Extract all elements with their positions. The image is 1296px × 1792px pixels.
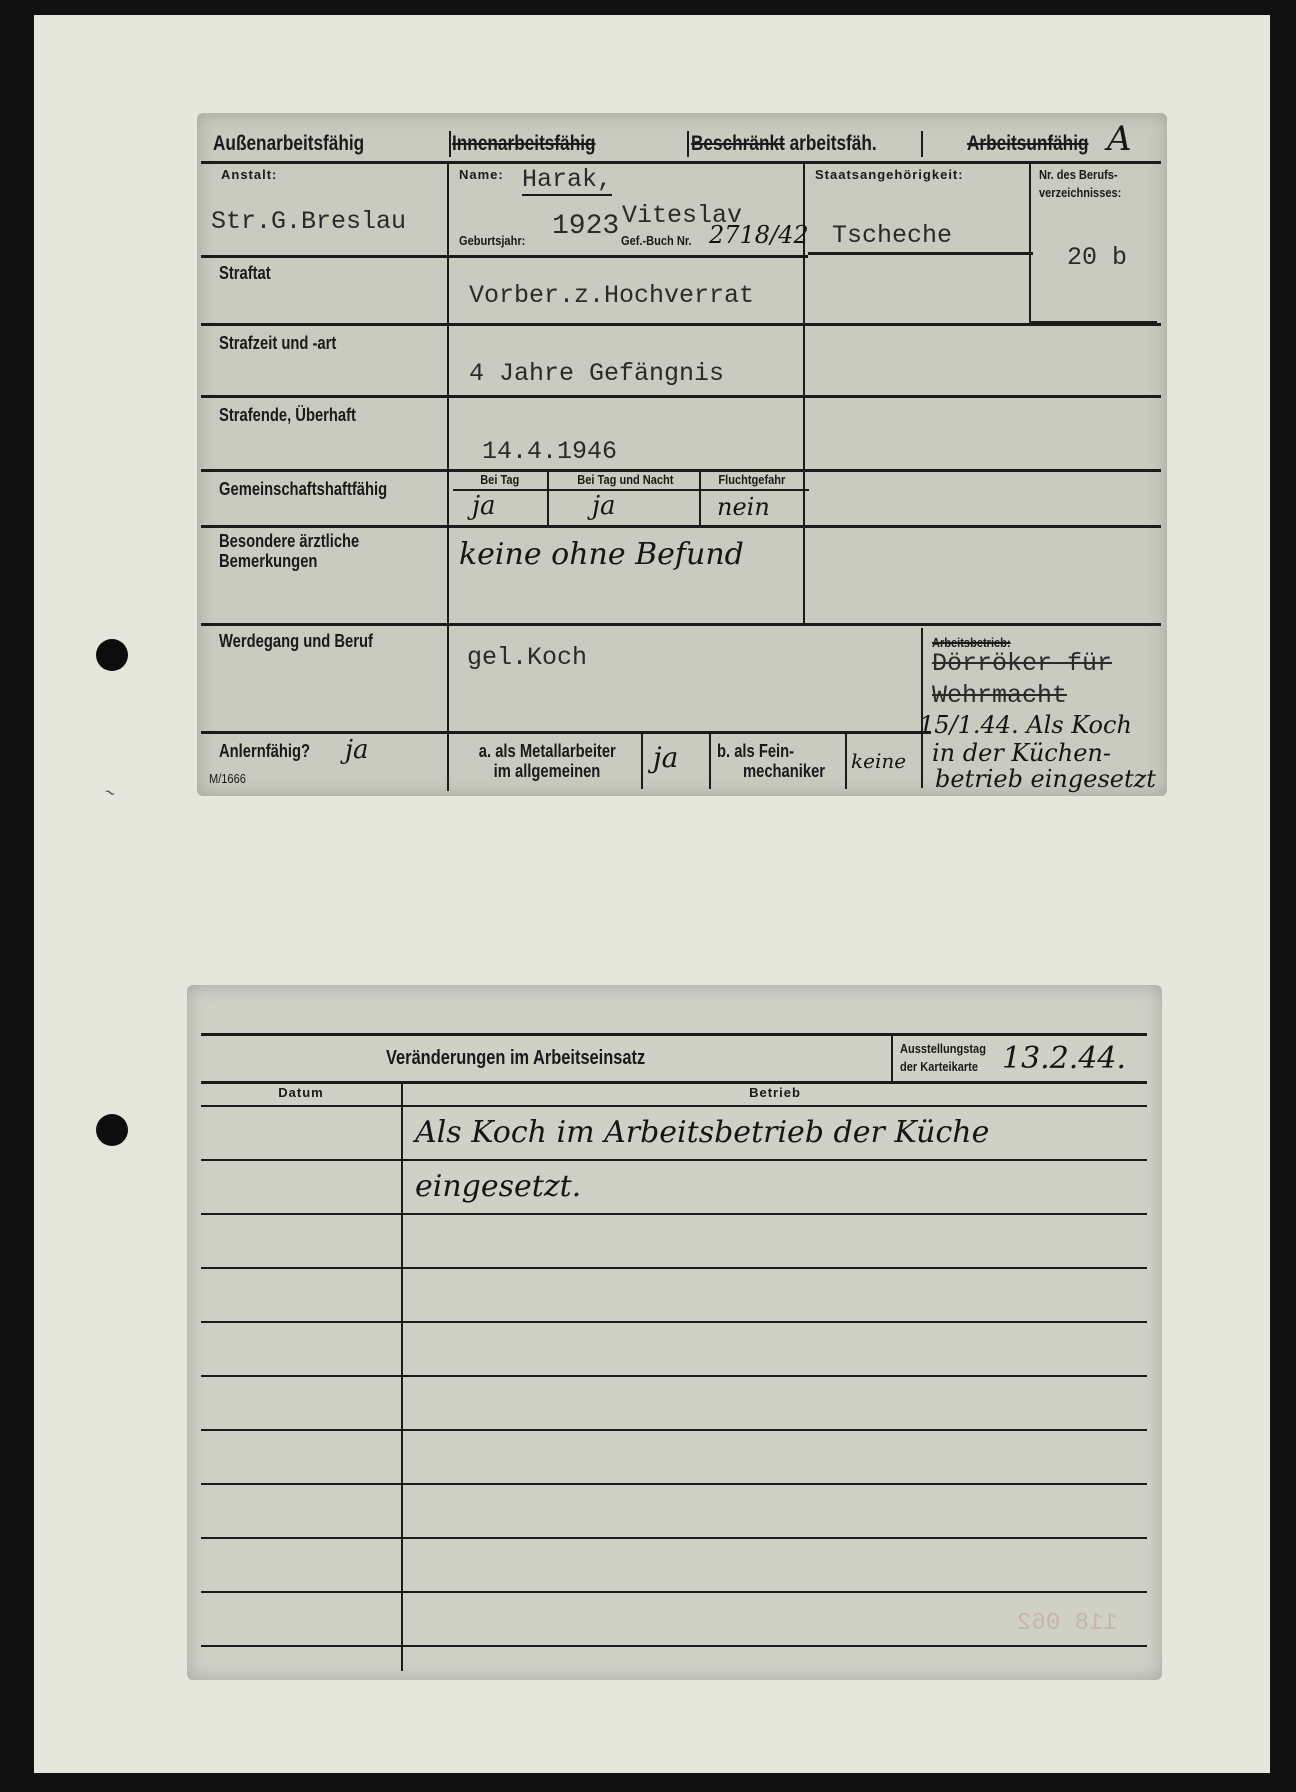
fein-label: b. als Fein- <box>717 741 794 762</box>
anlernfaehig-value: ja <box>345 735 369 765</box>
status-innenarbeitsfaehig: Innenarbeitsfähig <box>452 132 596 156</box>
staatsangehoerigkeit-value: Tscheche <box>832 221 952 250</box>
anlernfaehig-label: Anlernfähig? <box>219 741 310 762</box>
aerztliche-label: Besondere ärztliche <box>219 531 359 552</box>
surname-value: Harak, <box>522 165 612 196</box>
arbeitsbetrieb-note-2: in der Küchen- <box>932 739 1111 767</box>
werdegang-value: gel.Koch <box>467 643 587 672</box>
anstalt-label: Anstalt: <box>221 167 277 182</box>
werdegang-label: Werdegang und Beruf <box>219 631 373 652</box>
straftat-value: Vorber.z.Hochverrat <box>469 281 754 310</box>
metall-label-2: im allgemeinen <box>465 761 629 782</box>
table-cell-betrieb: eingesetzt. <box>415 1169 581 1204</box>
ausstellungstag-value: 13.2.44. <box>1002 1041 1126 1076</box>
gef-buch-value: 2718/42 <box>709 221 809 249</box>
metall-value: ja <box>653 741 678 774</box>
form-number: M/1666 <box>209 771 246 786</box>
status-beschraenkt: Beschränkt arbeitsfäh. <box>691 132 877 156</box>
bleed-through-stamp: 118 062 <box>1017 1610 1118 1637</box>
aerztliche-label-2: Bemerkungen <box>219 551 317 572</box>
arbeitsbetrieb-struck-2: Wehrmacht <box>932 681 1067 710</box>
berufsverzeichnis-value: 20 b <box>1067 243 1127 272</box>
status-aussenarbeitsfaehig: Außenarbeitsfähig <box>213 132 364 156</box>
bei-tag-value: ja <box>472 491 496 521</box>
arbeitsbetrieb-note-3: betrieb eingesetzt <box>935 765 1156 793</box>
geburtsjahr-value: 1923 <box>552 211 619 242</box>
berufsverzeichnis-label: Nr. des Berufs- <box>1039 167 1118 182</box>
geburtsjahr-label: Geburtsjahr: <box>459 233 525 248</box>
fein-label-2: mechaniker <box>743 761 825 782</box>
gemeinschaftshaft-label: Gemeinschaftshaftfähig <box>219 479 387 500</box>
handwritten-mark: A <box>1107 119 1132 159</box>
gef-buch-label: Gef.-Buch Nr. <box>621 233 692 248</box>
table-cell-betrieb: Als Koch im Arbeitsbetrieb der Küche <box>415 1115 989 1150</box>
strafzeit-label: Strafzeit und -art <box>219 333 336 354</box>
punch-hole <box>96 639 128 671</box>
card-title: Veränderungen im Arbeitseinsatz <box>327 1047 704 1070</box>
ausstellungstag-label-2: der Karteikarte <box>900 1059 978 1074</box>
strafzeit-value: 4 Jahre Gefängnis <box>469 359 724 388</box>
bei-tag-und-nacht-value: ja <box>592 491 616 521</box>
fluchtgefahr-header: Fluchtgefahr <box>703 472 801 487</box>
assignment-changes-card: Veränderungen im Arbeitseinsatz Ausstell… <box>187 985 1162 1680</box>
punch-hole <box>96 1114 128 1146</box>
anstalt-value: Str.G.Breslau <box>211 207 406 236</box>
arbeitsbetrieb-struck-1: Dörröker für <box>932 649 1112 678</box>
bei-tag-header: Bei Tag <box>453 472 547 487</box>
arbeitsbetrieb-label: Arbeitsbetrieb: <box>932 635 1011 650</box>
datum-header: Datum <box>201 1085 401 1100</box>
berufsverzeichnis-label-2: verzeichnisses: <box>1039 185 1121 200</box>
ausstellungstag-label: Ausstellungstag <box>900 1041 986 1056</box>
straftat-label: Straftat <box>219 263 271 284</box>
fein-value: keine <box>851 749 906 773</box>
metall-label: a. als Metallarbeiter <box>453 741 642 762</box>
status-arbeitsunfaehig: Arbeitsunfähig <box>967 132 1089 156</box>
arbeitsbetrieb-note-1: 15/1.44. Als Koch <box>919 711 1132 739</box>
fluchtgefahr-value: nein <box>717 493 770 521</box>
staatsangehoerigkeit-label: Staatsangehörigkeit: <box>815 167 964 182</box>
strafende-value: 14.4.1946 <box>482 437 617 466</box>
margin-mark: ~ <box>101 783 118 802</box>
prisoner-work-card: Außenarbeitsfähig Innenarbeitsfähig Besc… <box>197 113 1167 796</box>
aerztliche-value: keine ohne Befund <box>459 537 744 572</box>
name-label: Name: <box>459 167 504 182</box>
strafende-label: Strafende, Überhaft <box>219 405 356 426</box>
bei-tag-und-nacht-header: Bei Tag und Nacht <box>551 472 700 487</box>
betrieb-header: Betrieb <box>403 1085 1147 1100</box>
